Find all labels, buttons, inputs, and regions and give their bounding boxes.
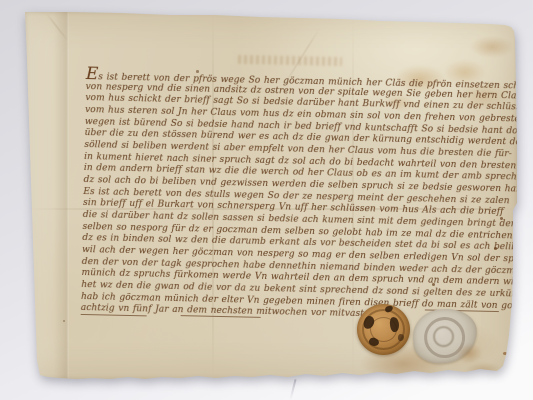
parchment-document: Es ist berett von der pfrös wege So her … [0,0,533,400]
photo-background: Es ist berett von der pfrös wege So her … [0,0,533,400]
parchment-wrapper: Es ist berett von der pfrös wege So her … [0,0,533,400]
ink-speck [512,341,515,344]
parchment-edge-shading [25,12,517,379]
